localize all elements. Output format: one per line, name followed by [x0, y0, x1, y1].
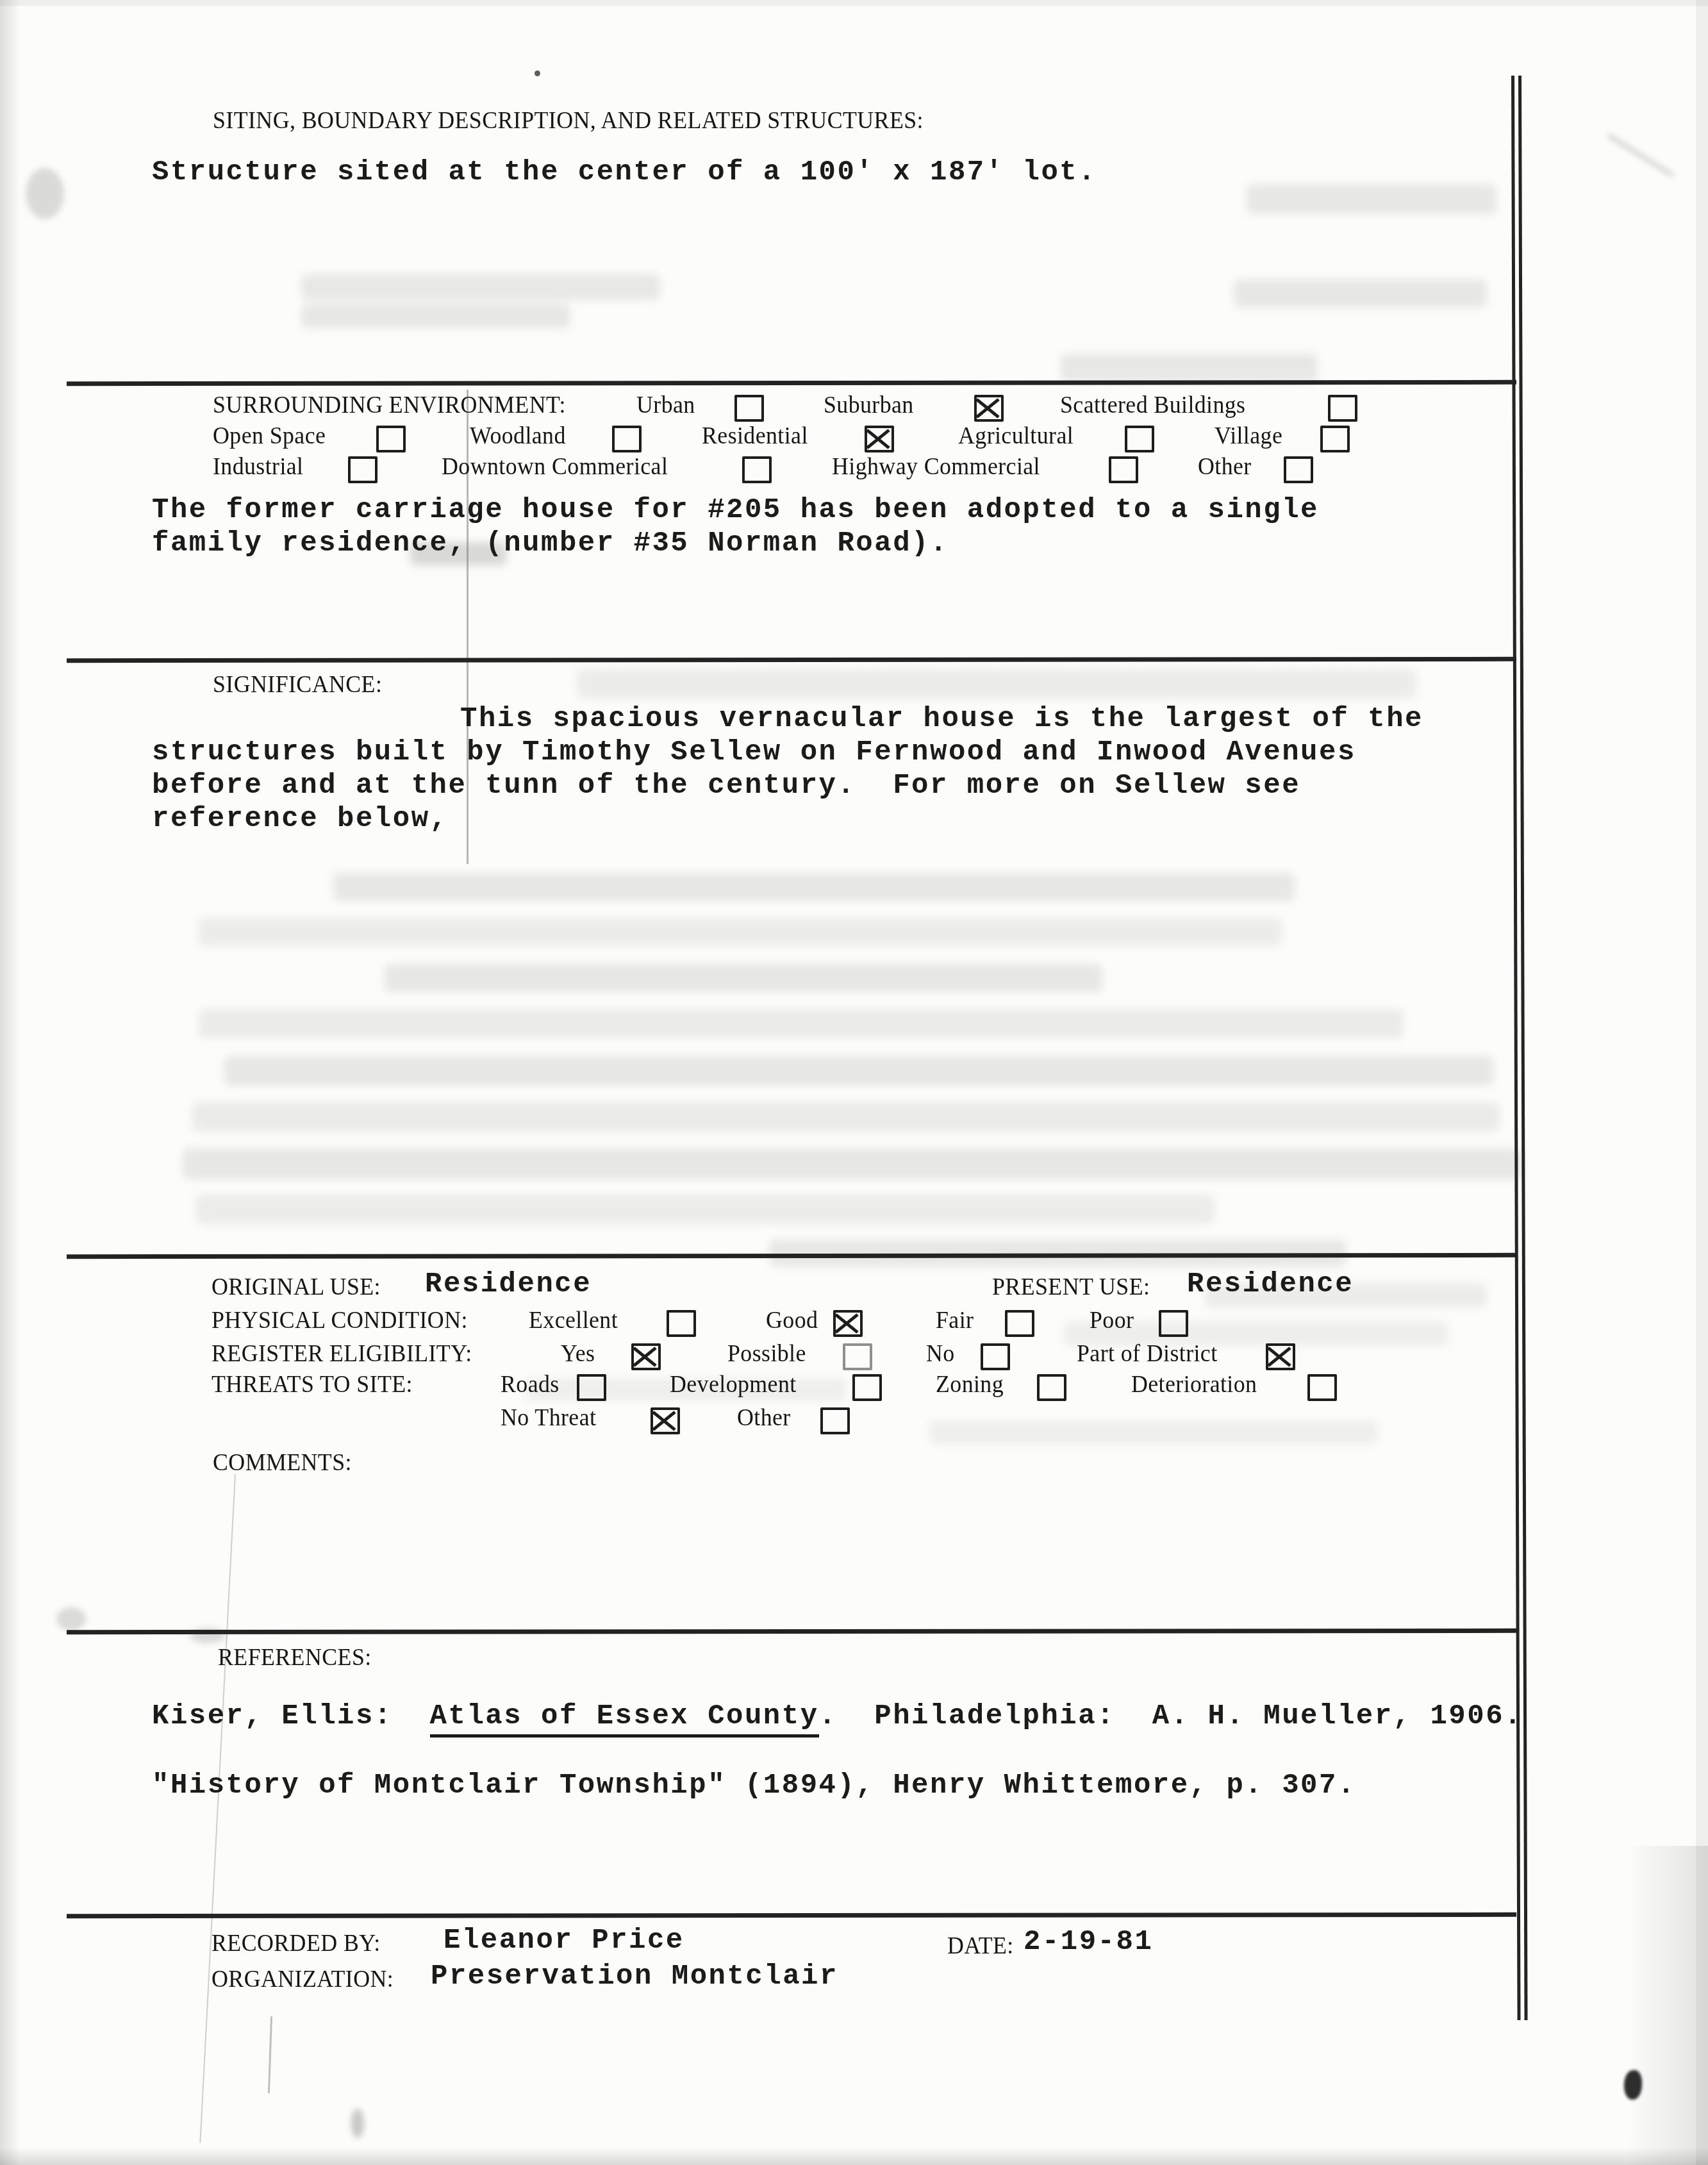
label-yes: Yes [561, 1341, 595, 1367]
checkbox-poor [1159, 1310, 1188, 1337]
bleedthrough-smudge [192, 1102, 1500, 1132]
checkbox-possible [843, 1343, 872, 1370]
siting-text: Structure sited at the center of a 100' … [152, 156, 1097, 189]
label-other-environment: Other [1198, 454, 1252, 480]
bleedthrough-smudge [385, 964, 1102, 992]
scan-edge-bottom [0, 2147, 1708, 2165]
reference-entry-2: "History of Montclair Township" (1894), … [152, 1769, 1356, 1802]
label-poor: Poor [1090, 1307, 1134, 1334]
checkbox-highway-commercial [1109, 456, 1138, 483]
present-use-label: PRESENT USE: [992, 1274, 1150, 1300]
label-downtown-commercial: Downtown Commerical [442, 454, 668, 480]
checkbox-part-of-district [1266, 1343, 1295, 1370]
reference-1-author: Kiser, Ellis: [152, 1700, 430, 1732]
label-possible: Possible [727, 1341, 806, 1367]
scan-edge-right [1696, 0, 1708, 2165]
label-scattered-buildings: Scattered Buildings [1060, 392, 1245, 419]
label-residential: Residential [702, 423, 808, 449]
bleedthrough-smudge [199, 1009, 1404, 1038]
bleedthrough-smudge [183, 1149, 1522, 1179]
present-use-value: Residence [1187, 1268, 1354, 1301]
label-urban: Urban [636, 392, 695, 419]
bleedthrough-smudge [1061, 354, 1317, 382]
original-use-label: ORIGINAL USE: [211, 1274, 381, 1300]
siting-section-label: SITING, BOUNDARY DESCRIPTION, AND RELATE… [213, 108, 924, 134]
scan-crease-vertical [199, 1474, 236, 2143]
bleedthrough-smudge [577, 669, 1416, 699]
label-zoning: Zoning [936, 1372, 1004, 1398]
organization-value: Preservation Montclair [431, 1960, 838, 1993]
references-label: REFERENCES: [218, 1645, 372, 1671]
surrounding-environment-label: SURROUNDING ENVIRONMENT: [213, 392, 566, 419]
organization-label: ORGANIZATION: [211, 1966, 394, 1993]
scan-shadow-bottom-right [1627, 1846, 1708, 2165]
label-no-threat: No Threat [501, 1405, 596, 1431]
checkbox-zoning [1037, 1374, 1066, 1401]
section-divider [67, 380, 1516, 386]
comments-label: COMMENTS: [213, 1450, 352, 1476]
bleedthrough-smudge [929, 1420, 1378, 1445]
label-highway-commercial: Highway Commercial [832, 454, 1040, 480]
checkbox-yes [631, 1343, 661, 1370]
checkbox-urban [734, 395, 764, 422]
label-roads: Roads [501, 1372, 560, 1398]
recorded-by-value: Eleanor Price [444, 1924, 684, 1957]
bleedthrough-smudge [301, 304, 570, 328]
significance-label: SIGNIFICANCE: [213, 672, 382, 698]
section-divider [67, 1629, 1516, 1634]
label-no: No [926, 1341, 955, 1367]
scan-artifact [351, 2109, 364, 2138]
checkbox-good [833, 1310, 863, 1337]
scan-edge-top [0, 0, 1708, 6]
label-good: Good [766, 1307, 818, 1334]
bleedthrough-smudge [195, 1195, 1215, 1224]
bleedthrough-smudge [1247, 185, 1497, 214]
checkbox-no [981, 1343, 1010, 1370]
label-development: Development [670, 1372, 797, 1398]
checkbox-village [1320, 426, 1350, 452]
bleedthrough-smudge [224, 1056, 1493, 1086]
checkbox-other-threat [820, 1407, 850, 1434]
checkbox-open-space [376, 426, 406, 452]
label-other-threat: Other [737, 1405, 791, 1431]
checkbox-development [852, 1374, 882, 1401]
label-industrial: Industrial [213, 454, 303, 480]
bleedthrough-smudge [333, 873, 1295, 901]
scan-artifact [1607, 134, 1674, 178]
scan-artifact [56, 1607, 86, 1630]
significance-line-4: reference below, [152, 802, 448, 836]
checkbox-industrial [348, 456, 377, 483]
checkbox-excellent [667, 1310, 696, 1337]
date-value: 2-19-81 [1024, 1925, 1153, 1959]
register-eligibility-label: REGISTER ELIGIBILITY: [211, 1341, 472, 1367]
significance-line-1: This spacious vernacular house is the la… [460, 702, 1423, 736]
label-agricultural: Agricultural [958, 423, 1074, 449]
label-deterioration: Deterioration [1131, 1372, 1257, 1398]
significance-line-2: structures built by Timothy Sellew on Fe… [152, 736, 1356, 769]
label-excellent: Excellent [529, 1307, 618, 1334]
section-divider [67, 1912, 1516, 1918]
surrounding-note-line-1: The former carriage house for #205 has b… [152, 494, 1319, 527]
checkbox-woodland [612, 426, 642, 452]
checkbox-no-threat [651, 1407, 680, 1434]
label-open-space: Open Space [213, 423, 326, 449]
date-label: DATE: [947, 1933, 1014, 1959]
bleedthrough-smudge [199, 918, 1282, 946]
bleedthrough-smudge [301, 274, 660, 300]
checkbox-roads [577, 1374, 606, 1401]
reference-entry-1: Kiser, Ellis: Atlas of Essex County. Phi… [152, 1700, 1523, 1733]
label-fair: Fair [936, 1307, 974, 1334]
scan-artifact-dot [535, 71, 540, 76]
checkbox-suburban [974, 395, 1004, 422]
checkbox-deterioration [1307, 1374, 1337, 1401]
checkbox-agricultural [1125, 426, 1154, 452]
checkbox-downtown-commercial [742, 456, 772, 483]
checkbox-residential [865, 426, 894, 452]
original-use-value: Residence [425, 1268, 592, 1301]
scan-artifact [26, 168, 64, 219]
reference-1-publisher: . Philadelphia: A. H. Mueller, 1906. [819, 1700, 1523, 1732]
significance-line-3: before and at the tunn of the century. F… [152, 769, 1300, 802]
checkbox-other-environment [1284, 456, 1313, 483]
physical-condition-label: PHYSICAL CONDITION: [211, 1307, 468, 1334]
scan-ink-blob [1624, 2070, 1642, 2100]
label-part-of-district: Part of District [1077, 1341, 1218, 1367]
scan-edge-left [0, 0, 21, 2165]
checkbox-scattered-buildings [1328, 395, 1357, 422]
surrounding-note-line-2: family residence, (number #35 Norman Roa… [152, 527, 949, 560]
scan-crease-vertical [268, 2016, 272, 2093]
label-woodland: Woodland [470, 423, 566, 449]
section-divider [67, 657, 1516, 663]
recorded-by-label: RECORDED BY: [211, 1930, 381, 1957]
bleedthrough-smudge [1234, 279, 1487, 308]
scanned-survey-form-page: SITING, BOUNDARY DESCRIPTION, AND RELATE… [0, 0, 1708, 2165]
reference-1-underlined-title: Atlas of Essex County [430, 1700, 819, 1738]
checkbox-fair [1005, 1310, 1034, 1337]
label-suburban: Suburban [824, 392, 914, 419]
threats-to-site-label: THREATS TO SITE: [211, 1372, 413, 1398]
label-village: Village [1215, 423, 1282, 449]
